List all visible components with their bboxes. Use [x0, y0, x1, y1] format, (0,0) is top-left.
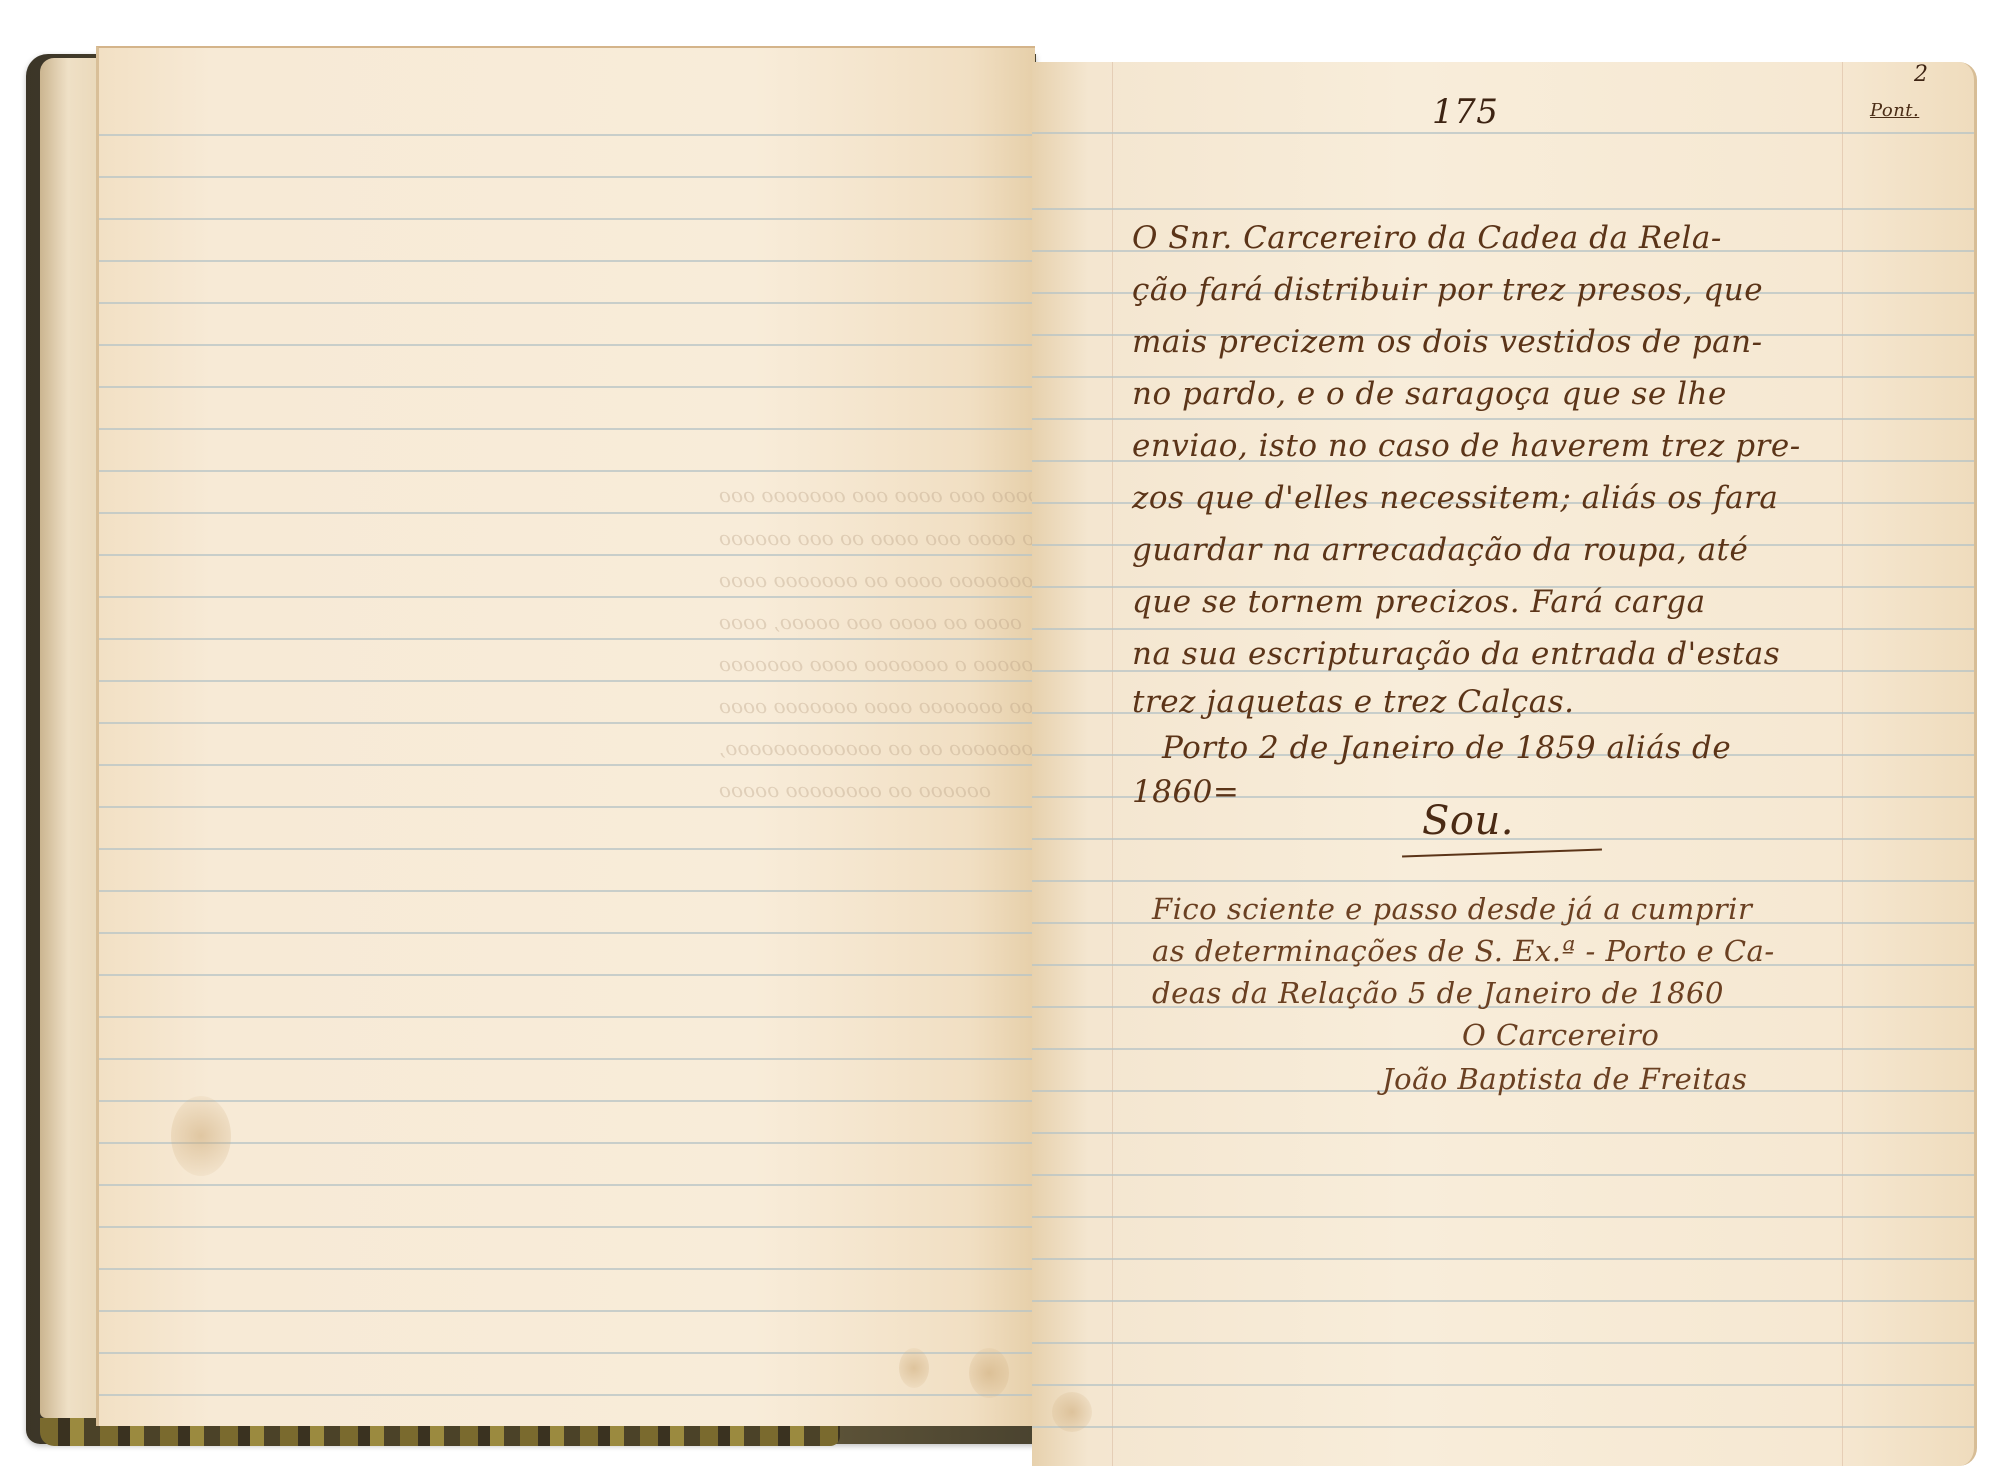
rule-line [1032, 208, 1974, 210]
rule-line [99, 554, 1035, 556]
margin-line [1112, 62, 1113, 1466]
folio-number: 175 [1432, 92, 1498, 132]
rule-line [99, 512, 1035, 514]
rule-line [1032, 1132, 1974, 1134]
rule-line [99, 1016, 1035, 1018]
rule-line [99, 1100, 1035, 1102]
rule-line [99, 134, 1035, 136]
order-signature: Sou. [1422, 798, 1514, 844]
rule-line [99, 176, 1035, 178]
order-line: trez jaquetas e trez Calças. [1132, 684, 1575, 720]
rule-line [99, 260, 1035, 262]
rule-line [1032, 1426, 1974, 1428]
left-page: ooooo ooo oooo ooo ooooooo ooo ooo oooo … [96, 46, 1035, 1426]
rule-line [99, 806, 1035, 808]
rule-line [99, 470, 1035, 472]
rule-line [1032, 1216, 1974, 1218]
signatory-title: O Carcereiro [1462, 1018, 1659, 1052]
rule-line [1032, 628, 1974, 630]
acknowledgement-line: Fico sciente e passo desde já a cumprir [1152, 892, 1752, 926]
rule-line [99, 596, 1035, 598]
rule-line [99, 302, 1035, 304]
rule-line [99, 344, 1035, 346]
show-through-ink: ooo oooo ooo oooo oo ooo oooooo [719, 526, 1035, 550]
paper-stain [969, 1348, 1009, 1398]
signatory-name: João Baptista de Freitas [1382, 1062, 1747, 1096]
rule-line [99, 1142, 1035, 1144]
rule-line [1032, 880, 1974, 882]
rule-line [99, 764, 1035, 766]
order-date-line: 1860= [1132, 774, 1239, 810]
rule-line [1032, 1342, 1974, 1344]
rule-line [1032, 418, 1974, 420]
show-through-ink: oooooo oo oooooooo ooooo [719, 778, 991, 802]
show-through-ink: ooooo ooo oooo ooo ooooooo ooo [719, 483, 1035, 507]
show-through-ink: oooo oo oooo ooo ooooo, oooo [719, 610, 1022, 634]
rule-line [1032, 132, 1974, 134]
rule-line [99, 386, 1035, 388]
order-line: mais precizem os dois vestidos de pan- [1132, 324, 1763, 360]
rule-line [99, 890, 1035, 892]
rule-line [1032, 1300, 1974, 1302]
order-line: no pardo, e o de saragoça que se lhe [1132, 376, 1727, 412]
order-line: enviao, isto no caso de haverem trez pre… [1132, 428, 1801, 464]
rule-line [99, 974, 1035, 976]
rule-line [99, 1310, 1035, 1312]
show-through-ink: ooo ooooooo oooo ooooooo oooo [719, 694, 1035, 718]
show-through-ink: ooooooo oo oo ooooooooooooo, [719, 736, 1033, 760]
rule-line [99, 1268, 1035, 1270]
order-line: O Snr. Carcereiro da Cadea da Rela- [1132, 220, 1722, 256]
corner-mark: Pont. [1870, 100, 1919, 121]
paper-stain [899, 1348, 929, 1388]
show-through-ink: ooooooo oooo oo ooooooo oooo [719, 568, 1033, 592]
order-line: na sua escripturação da entrada d'estas [1132, 636, 1780, 672]
order-line: que se tornem precizos. Fará carga [1132, 584, 1706, 620]
right-page: 175 2 Pont. O Snr. Carcereiro da Cadea d… [1032, 62, 1977, 1466]
order-line: zos que d'elles necessitem; aliás os far… [1132, 480, 1778, 516]
rule-line [1032, 1384, 1974, 1386]
rule-line [99, 932, 1035, 934]
rule-line [99, 1226, 1035, 1228]
rule-line [99, 1394, 1035, 1396]
rule-line [99, 218, 1035, 220]
page-number: 2 [1914, 62, 1929, 87]
paper-stain [171, 1096, 231, 1176]
rule-line [1032, 1174, 1974, 1176]
rule-line [99, 1058, 1035, 1060]
rule-line [99, 722, 1035, 724]
paper-stain [1052, 1392, 1092, 1432]
order-date-line: Porto 2 de Janeiro de 1859 aliás de [1162, 730, 1731, 766]
rule-line [99, 1184, 1035, 1186]
margin-line [1842, 62, 1843, 1466]
rule-line [99, 680, 1035, 682]
rule-line [99, 638, 1035, 640]
rule-line [99, 1352, 1035, 1354]
order-line: guardar na arrecadação da roupa, até [1132, 532, 1748, 568]
rule-line [99, 848, 1035, 850]
acknowledgement-line: as determinações de S. Ex.ª - Porto e Ca… [1152, 934, 1775, 968]
rule-line [1032, 1258, 1974, 1260]
order-line: ção fará distribuir por trez presos, que [1132, 272, 1763, 308]
rule-line [99, 428, 1035, 430]
show-through-ink: ooooo o ooooooo oooo ooooooo [719, 652, 1033, 676]
signature-flourish [1402, 849, 1602, 858]
acknowledgement-line: deas da Relação 5 de Janeiro de 1860 [1152, 976, 1724, 1010]
